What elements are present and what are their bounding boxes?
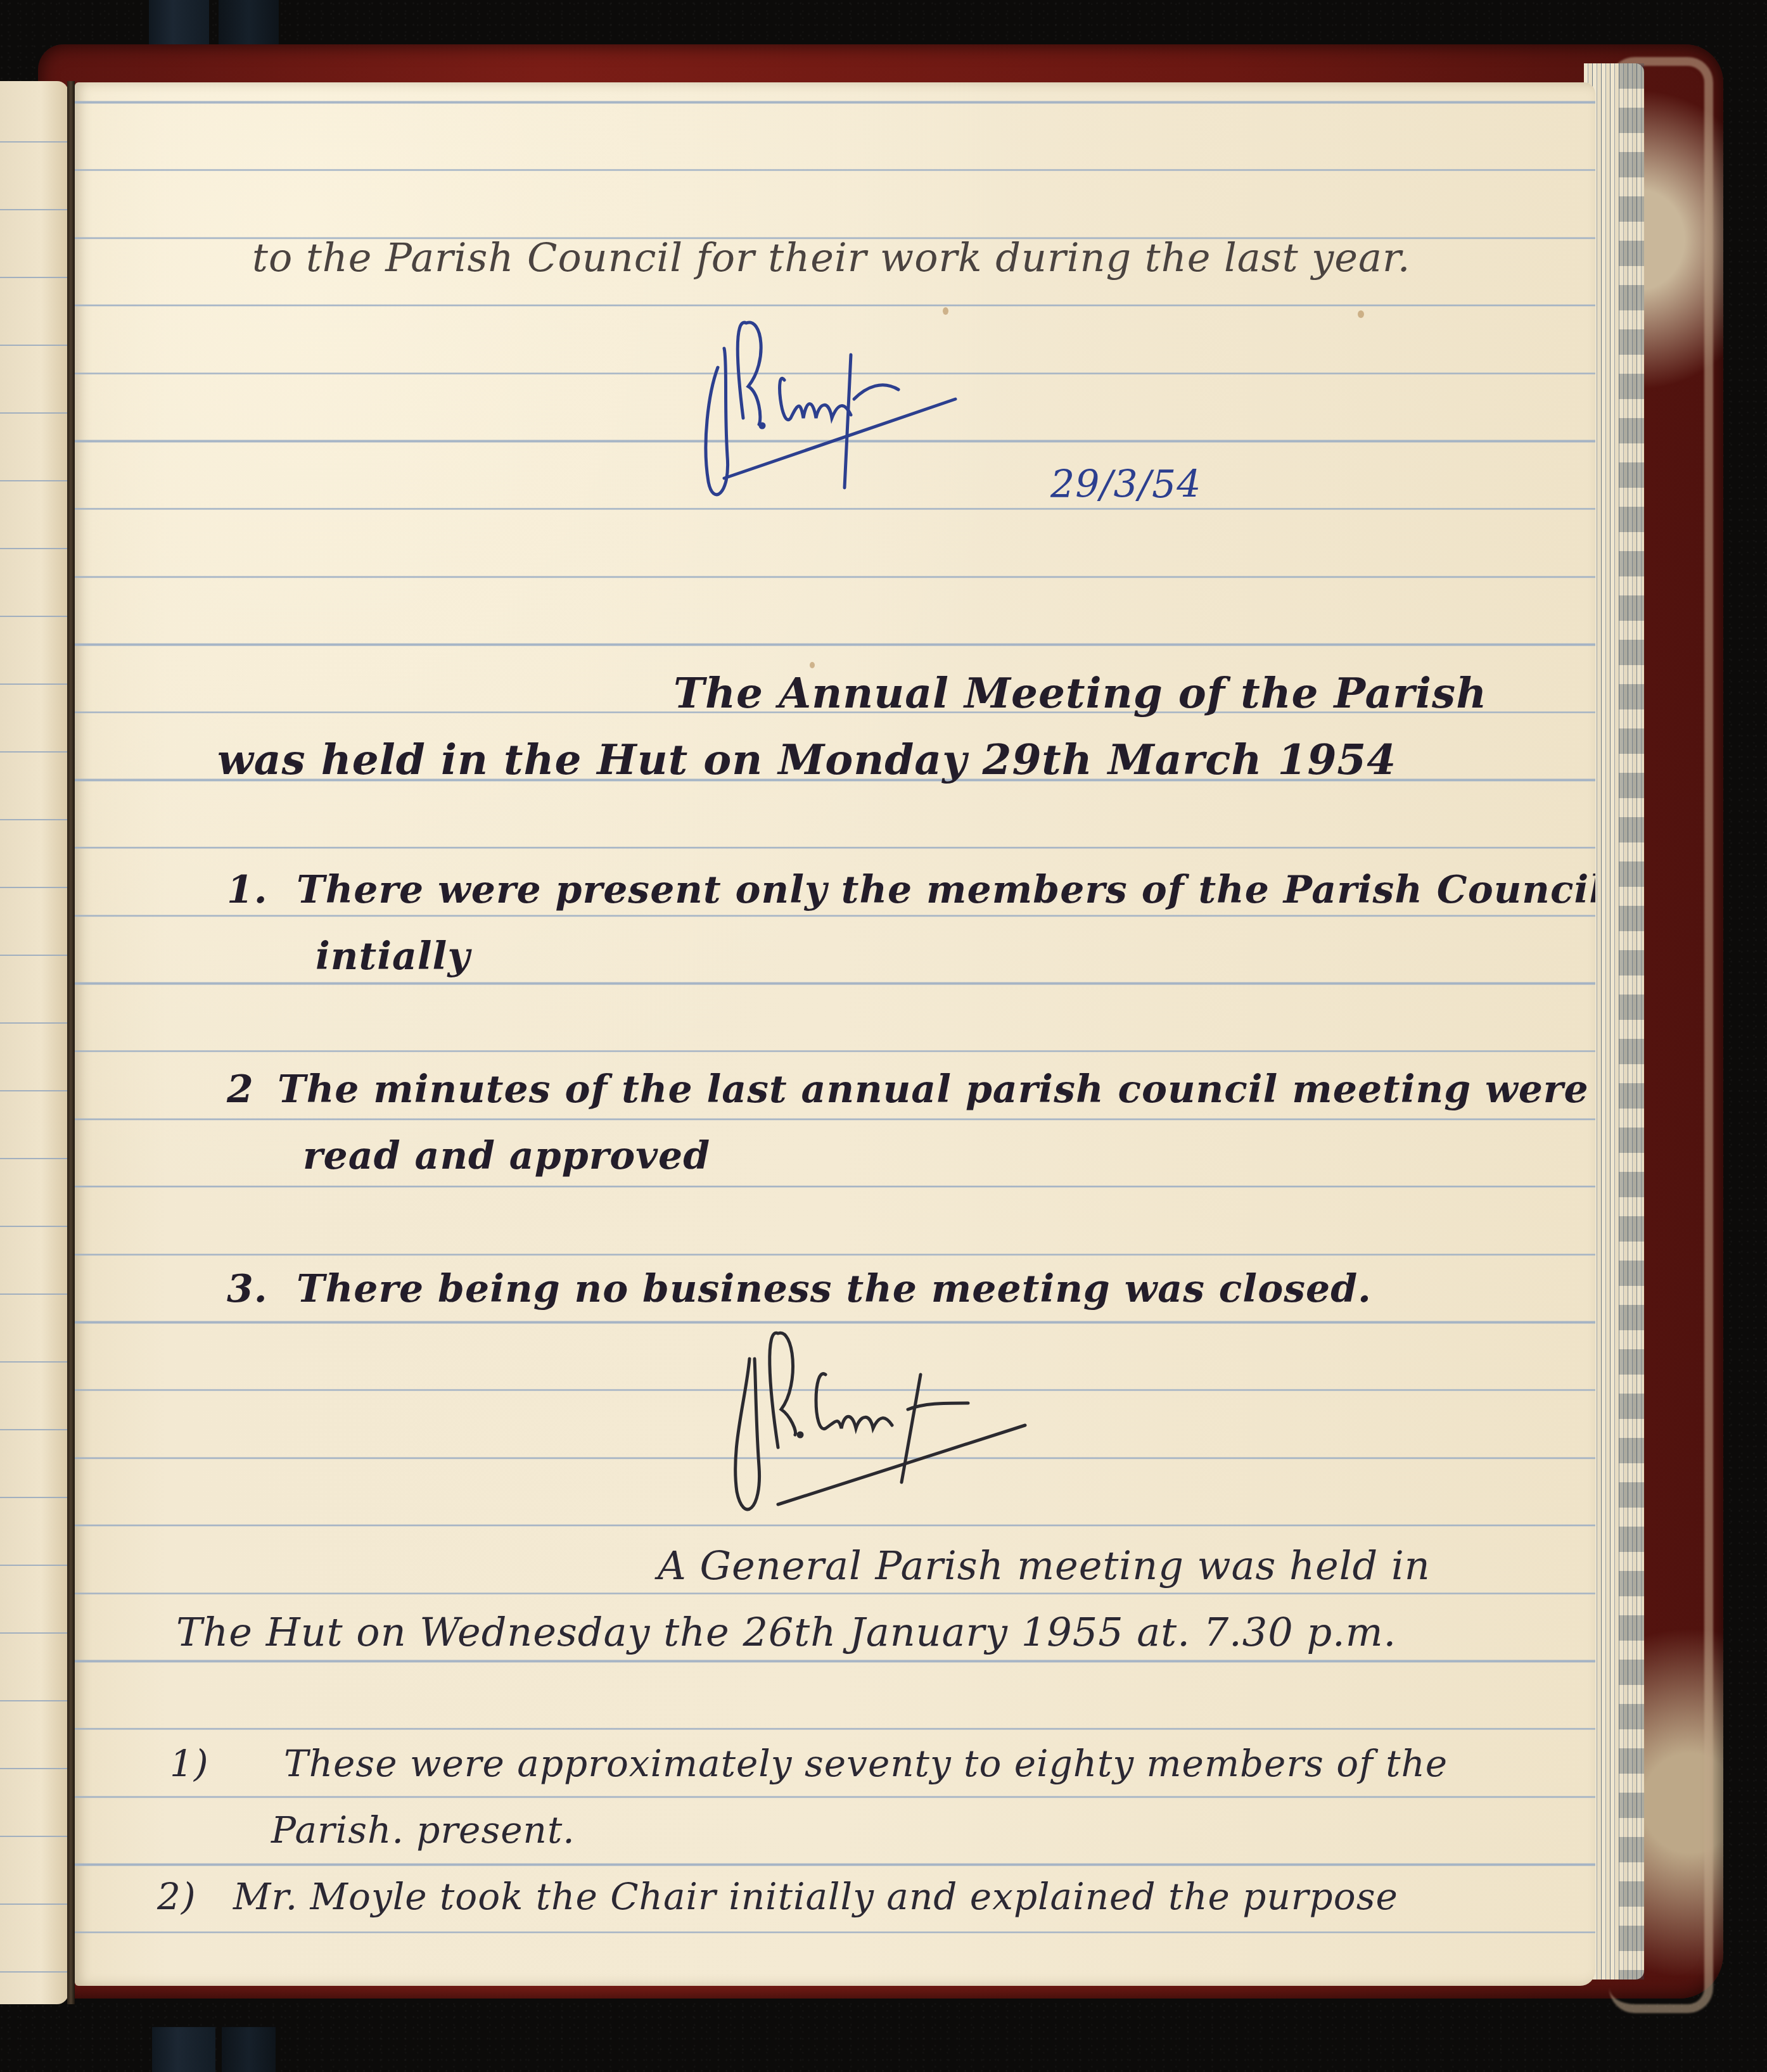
paper-stain bbox=[810, 662, 815, 668]
item-3-line-1: There being no business the meeting was … bbox=[297, 1267, 1372, 1311]
signature-stroke-icon bbox=[718, 1308, 1288, 1536]
paper-stain bbox=[1358, 310, 1364, 318]
item-1-number: 1. bbox=[227, 868, 268, 912]
item-1-line-1: There were present only the members of t… bbox=[297, 868, 1595, 912]
item-2-line-2: read and approved bbox=[303, 1134, 710, 1178]
notebook-page: to the Parish Council for their work dur… bbox=[75, 82, 1595, 1986]
left-page-rules bbox=[0, 81, 68, 2004]
signature-date: 29/3/54 bbox=[1050, 462, 1201, 507]
item-1-line-2-1955: Parish. present. bbox=[271, 1808, 575, 1852]
item-2-line-1-1955: Mr. Moyle took the Chair initially and e… bbox=[233, 1875, 1398, 1918]
item-2-number: 2 bbox=[227, 1067, 254, 1112]
book-gutter bbox=[67, 81, 75, 2004]
ribbon-strap-bottom-left bbox=[152, 2027, 215, 2072]
signature-black bbox=[718, 1308, 1288, 1539]
ribbon-strap-bottom-right bbox=[222, 2027, 276, 2072]
item-1-line-1-1955: These were approximately seventy to eigh… bbox=[284, 1742, 1448, 1785]
general-meeting-intro: The Hut on Wednesday the 26th January 19… bbox=[176, 1609, 1396, 1655]
item-3-number: 3. bbox=[227, 1267, 268, 1311]
left-page bbox=[0, 81, 68, 2004]
general-meeting-heading: A General Parish meeting was held in bbox=[658, 1542, 1431, 1589]
item-1-line-2: intially bbox=[316, 934, 470, 979]
annual-meeting-heading: The Annual Meeting of the Parish bbox=[673, 668, 1487, 718]
item-2-line-1: The minutes of the last annual parish co… bbox=[277, 1067, 1589, 1112]
carryover-line: to the Parish Council for their work dur… bbox=[252, 234, 1410, 281]
item-1-number-1955: 1) bbox=[170, 1742, 209, 1785]
annual-meeting-intro: was held in the Hut on Monday 29th March… bbox=[217, 735, 1396, 784]
item-2-number-1955: 2) bbox=[157, 1875, 196, 1918]
